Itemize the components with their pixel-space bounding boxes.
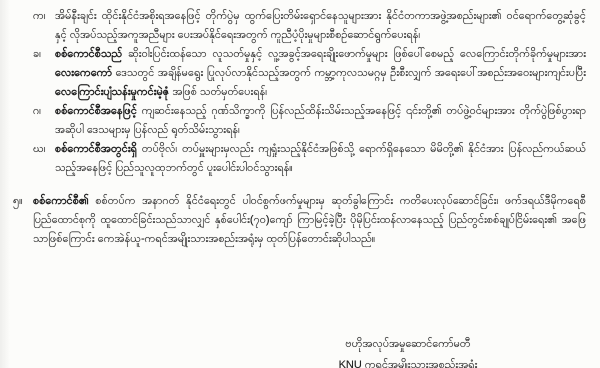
signature-committee-line: ဗဟိုအလုပ်အမှုဆောင်ကော်မတီ (318, 334, 498, 355)
emphasized-text-run: လေကြောင်းပျံသန်းမှုကင်းမဲ့ဇုံ (55, 86, 169, 98)
statement-list: က၊အိမ်နီးချင်း ထိုင်းနိုင်ငံအစိုးရအနေဖြင… (13, 7, 586, 178)
emphasized-text-run: လေးကေကော် (55, 67, 112, 79)
document-page: က၊အိမ်နီးချင်း ထိုင်းနိုင်ငံအစိုးရအနေဖြင… (0, 0, 600, 368)
text-run: ဒေသတွင် အချိန်မရွေး ပြုလုပ်လာနိုင်သည့်အတ… (112, 67, 586, 79)
emphasized-text-run: စစ်ကောင်စီသည် (55, 48, 122, 60)
text-run: အိမ်နီးချင်း ထိုင်းနိုင်ငံအစိုးရအနေဖြင့်… (55, 10, 586, 41)
emphasized-text-run: စစ်ကောင်စီအတွင်းရှိ (55, 143, 137, 155)
text-run: စစ်တပ်က အနာဂတ် နိုင်ငံရေးတွင် ပါဝင်စွက်ဖ… (33, 195, 586, 245)
signature-block: ဗဟိုအလုပ်အမှုဆောင်ကော်မတီ KNU ကရင်အမျိုး… (318, 334, 498, 368)
emphasized-text-run: စစ်ကောင်စီ၏ (33, 195, 89, 207)
list-item: က၊အိမ်နီးချင်း ထိုင်းနိုင်ငံအစိုးရအနေဖြင… (13, 7, 586, 45)
list-item-marker: ဃ၊ (33, 140, 45, 159)
emphasized-text-run: စစ်ကောင်စီအနေဖြင့် (55, 105, 137, 117)
closing-paragraph: ၅။စစ်ကောင်စီ၏ စစ်တပ်က အနာဂတ် နိုင်ငံရေးတ… (13, 192, 586, 249)
list-item: ဂ၊စစ်ကောင်စီအနေဖြင့် ကျဆင်းနေသည့် ဂုဏ်သိ… (13, 102, 586, 140)
text-run: အဖြစ် သတ်မှတ်ပေးရန်၊ (169, 86, 267, 98)
closing-paragraph-marker: ၅။ (13, 192, 23, 211)
signature-organization-line: KNU ကရင်အမျိုးသားအစည်းအရုံး (318, 355, 498, 368)
list-item: ဃ၊စစ်ကောင်စီအတွင်းရှိ တပ်ဗိုလ်၊ တပ်မှူးမ… (13, 140, 586, 178)
list-item-marker: ဂ၊ (33, 102, 41, 121)
list-item-marker: ခ၊ (33, 45, 41, 64)
list-item: ခ၊စစ်ကောင်စီသည် ဆိုးဝါးပြင်းထန်သော လူသတ်… (13, 45, 586, 102)
list-item-marker: က၊ (33, 7, 46, 26)
text-run: ဆိုးဝါးပြင်းထန်သော လူသတ်မှုနှင့် လူ့အခွင… (122, 48, 586, 60)
list-item: ၅။စစ်ကောင်စီ၏ စစ်တပ်က အနာဂတ် နိုင်ငံရေးတ… (13, 192, 586, 249)
